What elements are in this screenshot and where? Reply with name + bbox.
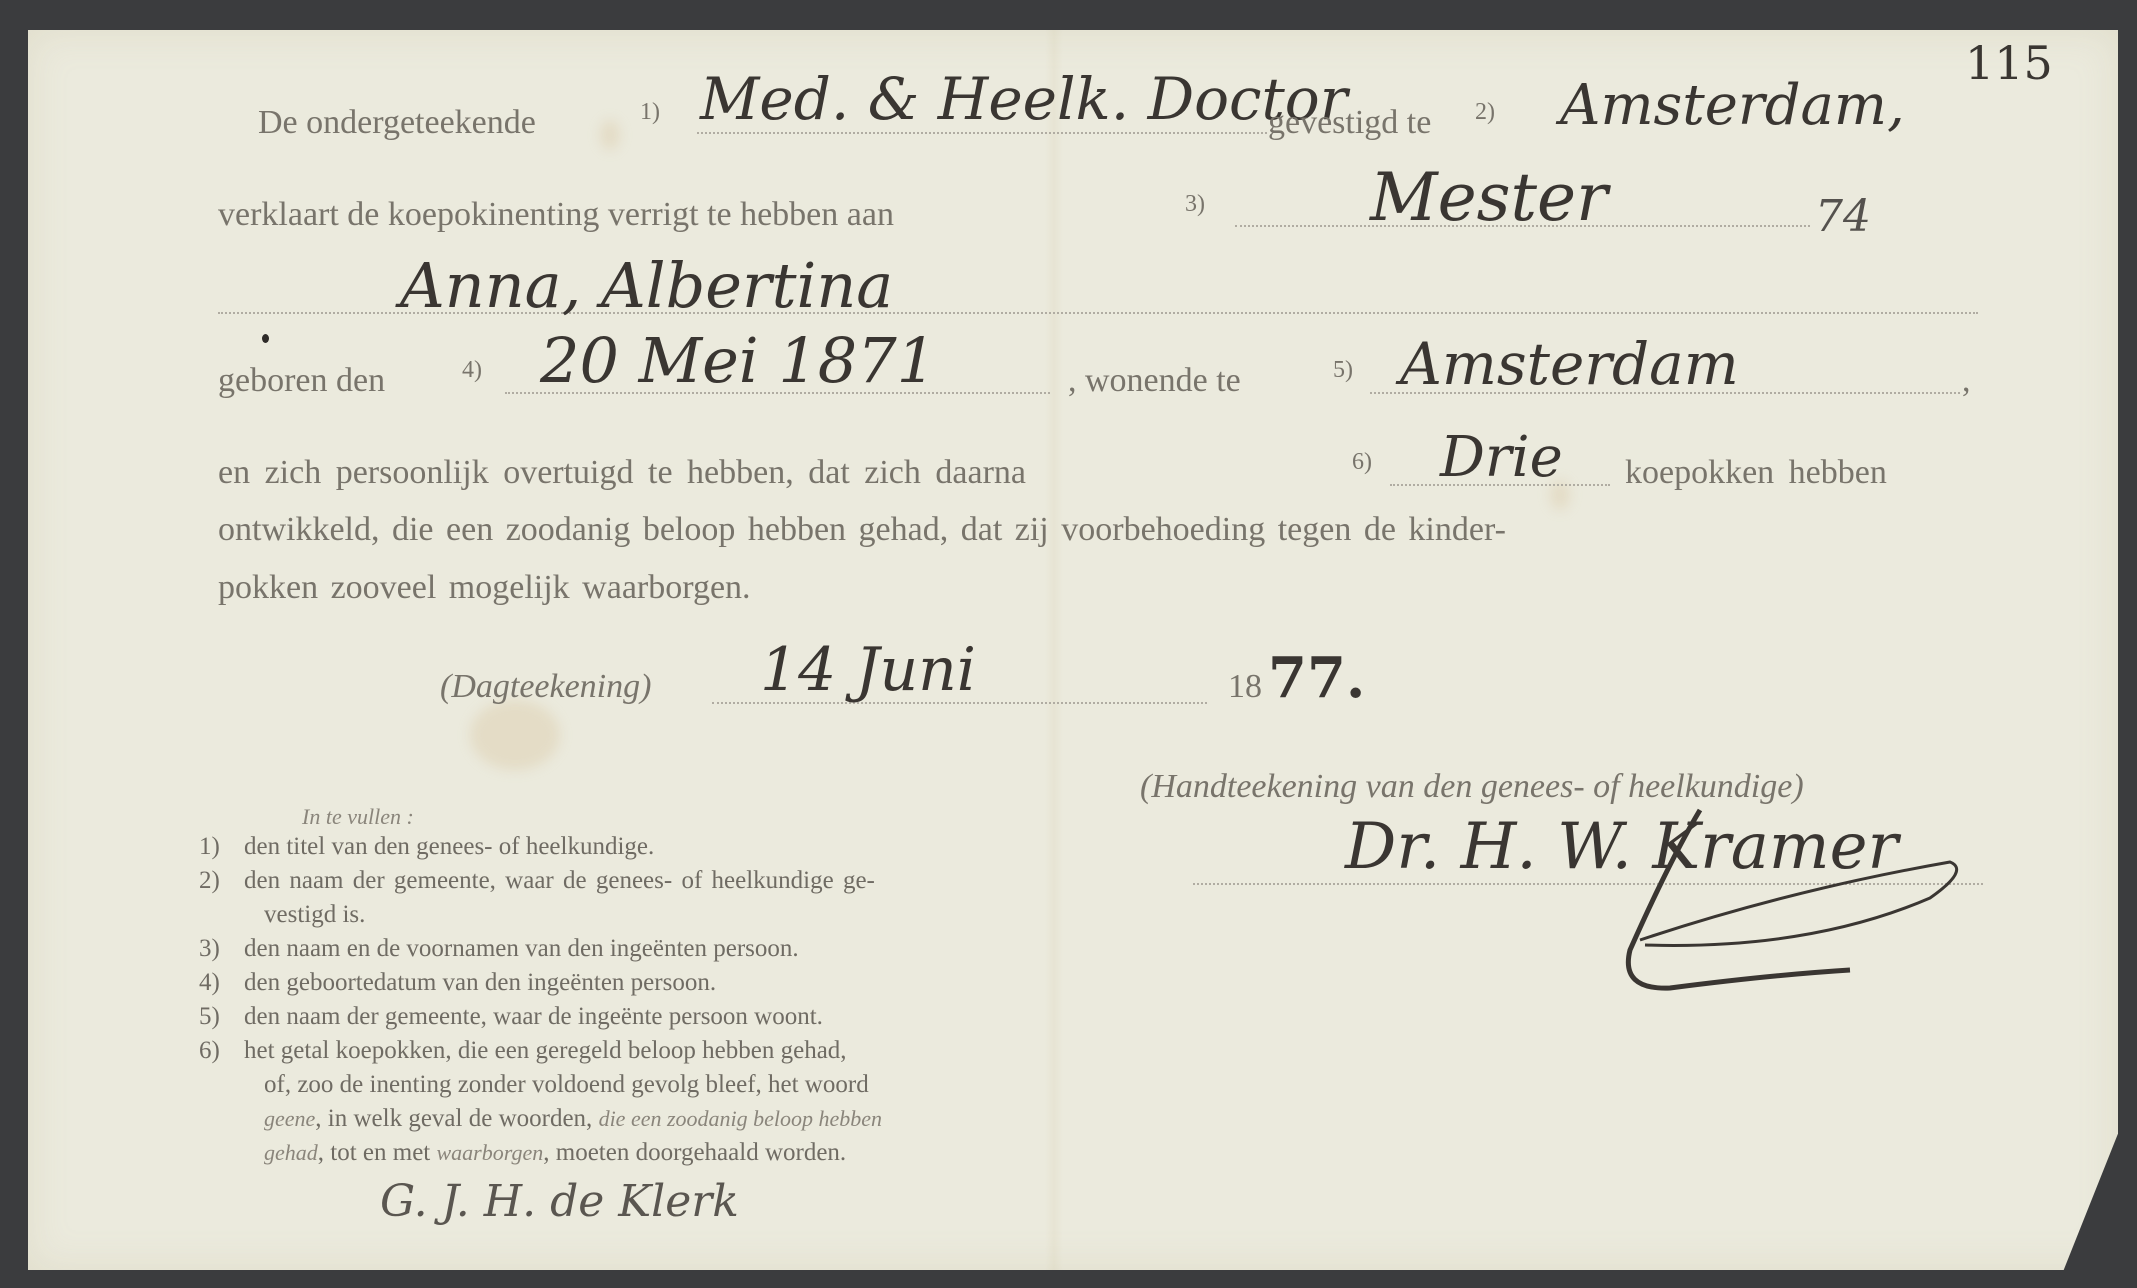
handwritten-residence: Amsterdam — [1400, 335, 1739, 393]
instruction-line10: gehad, tot en met waarborgen, moeten doo… — [264, 1140, 846, 1165]
signature-label: (Handteekening van den genees- of heelku… — [1140, 770, 1804, 804]
form-line7: pokken zooveel mogelijk waarborgen. — [218, 571, 751, 605]
instruction-text: den geboortedatum van den ingeënten pers… — [244, 970, 716, 995]
year-prefix: 18 — [1228, 670, 1262, 704]
handwritten-birthdate: 20 Mei 1871 — [540, 330, 936, 392]
instruction-text: het getal koepokken, die een geregeld be… — [244, 1038, 847, 1063]
form-line4-prefix: geboren den — [218, 364, 385, 398]
page-number: 115 — [1965, 40, 2053, 86]
italic-term: waarborgen — [437, 1140, 544, 1165]
instruction-num: 5) — [199, 1004, 220, 1029]
stain — [470, 700, 560, 770]
handwritten-surname: Mester — [1370, 165, 1608, 231]
signature-flourish — [1610, 800, 1970, 1000]
handwritten-year: 77. — [1268, 650, 1365, 706]
footnote-ref-1: 1) — [640, 100, 660, 124]
instruction-text: , in welk geval de woorden, — [315, 1105, 598, 1132]
instruction-line9: geene, in welk geval de woorden, die een… — [264, 1106, 882, 1131]
instruction-num: 4) — [199, 970, 220, 995]
footnote-ref-5: 5) — [1333, 358, 1353, 382]
date-label: (Dagteekening) — [440, 670, 651, 704]
instruction-text: den titel van den genees- of heelkundige… — [244, 834, 654, 859]
handwritten-place: Amsterdam, — [1560, 78, 1905, 134]
form-line5-suffix: koepokken hebben — [1625, 456, 1887, 490]
handwritten-given-names: Anna, Albertina — [400, 255, 893, 317]
instruction-text: of, zoo de inenting zonder voldoend gevo… — [264, 1072, 869, 1097]
footnote-ref-6: 6) — [1352, 450, 1372, 474]
footnote-ref-4: 4) — [462, 358, 482, 382]
margin-number: 74 — [1815, 195, 1871, 239]
paper-fold — [1045, 30, 1063, 1270]
instruction-num: 2) — [199, 868, 220, 893]
form-line1-prefix: De ondergeteekende — [258, 106, 536, 140]
ink-dot — [262, 334, 269, 343]
handwritten-title: Med. & Heelk. Doctor — [700, 70, 1347, 128]
instruction-num: 3) — [199, 936, 220, 961]
instructions-heading: In te vullen : — [302, 806, 414, 828]
italic-term: die een zoodanig beloop hebben — [599, 1106, 883, 1131]
handwritten-count: Drie — [1440, 430, 1563, 486]
instruction-text: den naam der gemeente, waar de genees- o… — [244, 868, 875, 893]
footnote-ref-2: 2) — [1475, 100, 1495, 124]
stain — [600, 120, 620, 150]
form-line6: ontwikkeld, die een zoodanig beloop hebb… — [218, 513, 1506, 547]
instruction-text: , moeten doorgehaald worden. — [543, 1139, 846, 1166]
margin-signature: G. J. H. de Klerk — [380, 1180, 739, 1224]
handwritten-date: 14 Juni — [760, 640, 976, 700]
italic-term: gehad — [264, 1140, 318, 1165]
form-line4-end: , — [1962, 364, 1971, 398]
form-line2-prefix: verklaart de koepokinenting verrigt te h… — [218, 198, 894, 232]
instruction-text: , tot en met — [318, 1139, 437, 1166]
footnote-ref-3: 3) — [1185, 192, 1205, 216]
instruction-num: 6) — [199, 1038, 220, 1063]
instruction-num: 1) — [199, 834, 220, 859]
instruction-text: den naam en de voornamen van den ingeënt… — [244, 936, 799, 961]
form-line4-mid: , wonende te — [1068, 364, 1241, 398]
form-line1-mid: gevestigd te — [1268, 106, 1431, 140]
italic-term: geene — [264, 1106, 315, 1131]
instruction-text: vestigd is. — [264, 902, 365, 927]
form-line5-prefix: en zich persoonlijk overtuigd te hebben,… — [218, 456, 1026, 490]
instruction-text: den naam der gemeente, waar de ingeënte … — [244, 1004, 823, 1029]
